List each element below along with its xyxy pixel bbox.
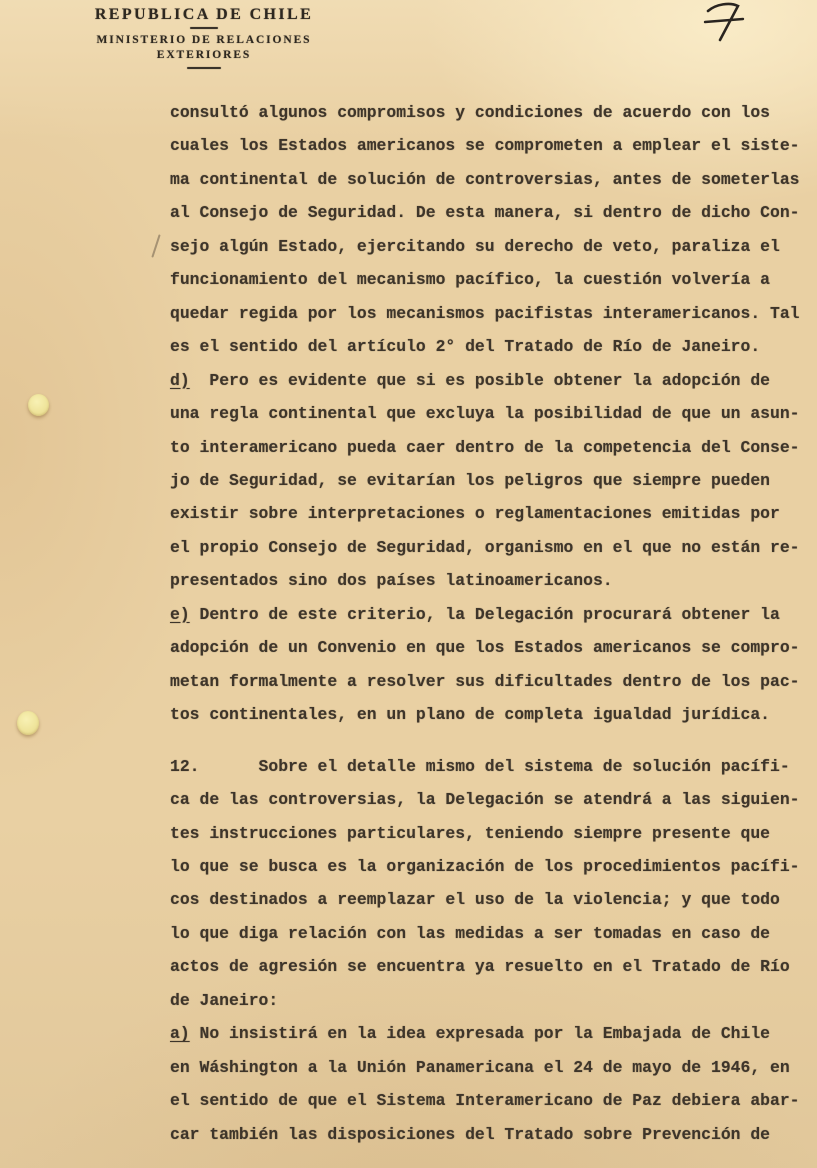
text-line: actos de agresión se encuentra ya resuel… bbox=[170, 950, 815, 983]
text-line-content: Dentro de este criterio, la Delegación p… bbox=[190, 605, 780, 624]
letterhead-rule-bottom bbox=[187, 67, 221, 69]
letterhead-country: REPUBLICA DE CHILE bbox=[58, 6, 350, 24]
text-line-content: al Consejo de Seguridad. De esta manera,… bbox=[170, 203, 800, 222]
text-line-content: adopción de un Convenio en que los Estad… bbox=[170, 638, 800, 657]
text-line: ma continental de solución de controvers… bbox=[170, 163, 815, 196]
text-line-content: lo que se busca es la organización de lo… bbox=[170, 857, 800, 876]
text-line-content: existir sobre interpretaciones o reglame… bbox=[170, 504, 780, 523]
list-item-label: e) bbox=[170, 605, 190, 624]
text-line: lo que se busca es la organización de lo… bbox=[170, 850, 815, 883]
text-line: tes instrucciones particulares, teniendo… bbox=[170, 817, 815, 850]
text-line: ca de las controversias, la Delegación s… bbox=[170, 783, 815, 816]
text-line-content: es el sentido del artículo 2° del Tratad… bbox=[170, 337, 760, 356]
text-line-content: consultó algunos compromisos y condicion… bbox=[170, 103, 770, 122]
text-line-content: No insistirá en la idea expresada por la… bbox=[190, 1024, 770, 1043]
text-line-content: en Wáshington a la Unión Panamericana el… bbox=[170, 1058, 790, 1077]
text-line-content: car también las disposiciones del Tratad… bbox=[170, 1125, 770, 1144]
handwritten-page-number bbox=[700, 0, 752, 44]
text-line: existir sobre interpretaciones o reglame… bbox=[170, 497, 815, 530]
document-lines: consultó algunos compromisos y condicion… bbox=[170, 96, 815, 1151]
text-line-content: de Janeiro: bbox=[170, 991, 278, 1010]
text-line: presentados sino dos países latinoameric… bbox=[170, 564, 815, 597]
letterhead-ministry-line2: EXTERIORES bbox=[58, 48, 350, 63]
text-line: el propio Consejo de Seguridad, organism… bbox=[170, 531, 815, 564]
text-line-content: una regla continental que excluya la pos… bbox=[170, 404, 800, 423]
text-line: el sentido de que el Sistema Interameric… bbox=[170, 1084, 815, 1117]
text-line-content: el sentido de que el Sistema Interameric… bbox=[170, 1091, 800, 1110]
pencil-mark bbox=[151, 234, 160, 257]
text-line-content: Pero es evidente que si es posible obten… bbox=[190, 371, 770, 390]
list-item-label: d) bbox=[170, 371, 190, 390]
text-line-content: metan formalmente a resolver sus dificul… bbox=[170, 672, 800, 691]
text-line: to interamericano pueda caer dentro de l… bbox=[170, 431, 815, 464]
text-line: es el sentido del artículo 2° del Tratad… bbox=[170, 330, 815, 363]
letterhead-rule-top bbox=[190, 27, 218, 29]
text-line: d) Pero es evidente que si es posible ob… bbox=[170, 364, 815, 397]
text-line: e) Dentro de este criterio, la Delegació… bbox=[170, 598, 815, 631]
text-line: consultó algunos compromisos y condicion… bbox=[170, 96, 815, 129]
text-line-content: presentados sino dos países latinoameric… bbox=[170, 571, 613, 590]
text-line-content: sejo algún Estado, ejercitando su derech… bbox=[170, 237, 780, 256]
text-line: al Consejo de Seguridad. De esta manera,… bbox=[170, 196, 815, 229]
text-line: funcionamiento del mecanismo pacífico, l… bbox=[170, 263, 815, 296]
letterhead: REPUBLICA DE CHILE MINISTERIO DE RELACIO… bbox=[58, 6, 350, 73]
handwritten-seven-icon bbox=[700, 0, 752, 44]
text-line: cos destinados a reemplazar el uso de la… bbox=[170, 883, 815, 916]
text-line: en Wáshington a la Unión Panamericana el… bbox=[170, 1051, 815, 1084]
text-line-content: tos continentales, en un plano de comple… bbox=[170, 705, 770, 724]
text-line-content: jo de Seguridad, se evitarían los peligr… bbox=[170, 471, 770, 490]
text-line: quedar regida por los mecanismos pacifis… bbox=[170, 297, 815, 330]
text-line: de Janeiro: bbox=[170, 984, 815, 1017]
text-line: cuales los Estados americanos se comprom… bbox=[170, 129, 815, 162]
document-page: REPUBLICA DE CHILE MINISTERIO DE RELACIO… bbox=[0, 0, 817, 1168]
text-line-content: quedar regida por los mecanismos pacifis… bbox=[170, 304, 800, 323]
text-line: 12. Sobre el detalle mismo del sistema d… bbox=[170, 750, 815, 783]
text-line: a) No insistirá en la idea expresada por… bbox=[170, 1017, 815, 1050]
text-line-content: to interamericano pueda caer dentro de l… bbox=[170, 438, 800, 457]
text-line-content: ma continental de solución de controvers… bbox=[170, 170, 800, 189]
text-line: car también las disposiciones del Tratad… bbox=[170, 1118, 815, 1151]
text-line-content: lo que diga relación con las medidas a s… bbox=[170, 924, 770, 943]
punch-hole-bottom bbox=[17, 711, 39, 735]
list-item-label: a) bbox=[170, 1024, 190, 1043]
letterhead-ministry-line1: MINISTERIO DE RELACIONES bbox=[58, 33, 350, 48]
text-line-content: funcionamiento del mecanismo pacífico, l… bbox=[170, 270, 770, 289]
text-line-content: actos de agresión se encuentra ya resuel… bbox=[170, 957, 790, 976]
text-line-content: cuales los Estados americanos se comprom… bbox=[170, 136, 800, 155]
text-line-content: cos destinados a reemplazar el uso de la… bbox=[170, 890, 780, 909]
text-line: metan formalmente a resolver sus dificul… bbox=[170, 665, 815, 698]
text-line-content: el propio Consejo de Seguridad, organism… bbox=[170, 538, 800, 557]
text-line: adopción de un Convenio en que los Estad… bbox=[170, 631, 815, 664]
text-line-content: 12. Sobre el detalle mismo del sistema d… bbox=[170, 757, 790, 776]
text-line: lo que diga relación con las medidas a s… bbox=[170, 917, 815, 950]
text-line: jo de Seguridad, se evitarían los peligr… bbox=[170, 464, 815, 497]
text-line: una regla continental que excluya la pos… bbox=[170, 397, 815, 430]
text-line: tos continentales, en un plano de comple… bbox=[170, 698, 815, 731]
text-line-content: ca de las controversias, la Delegación s… bbox=[170, 790, 800, 809]
punch-hole-top bbox=[28, 394, 49, 416]
text-line-content: tes instrucciones particulares, teniendo… bbox=[170, 824, 770, 843]
text-line: sejo algún Estado, ejercitando su derech… bbox=[170, 230, 815, 263]
